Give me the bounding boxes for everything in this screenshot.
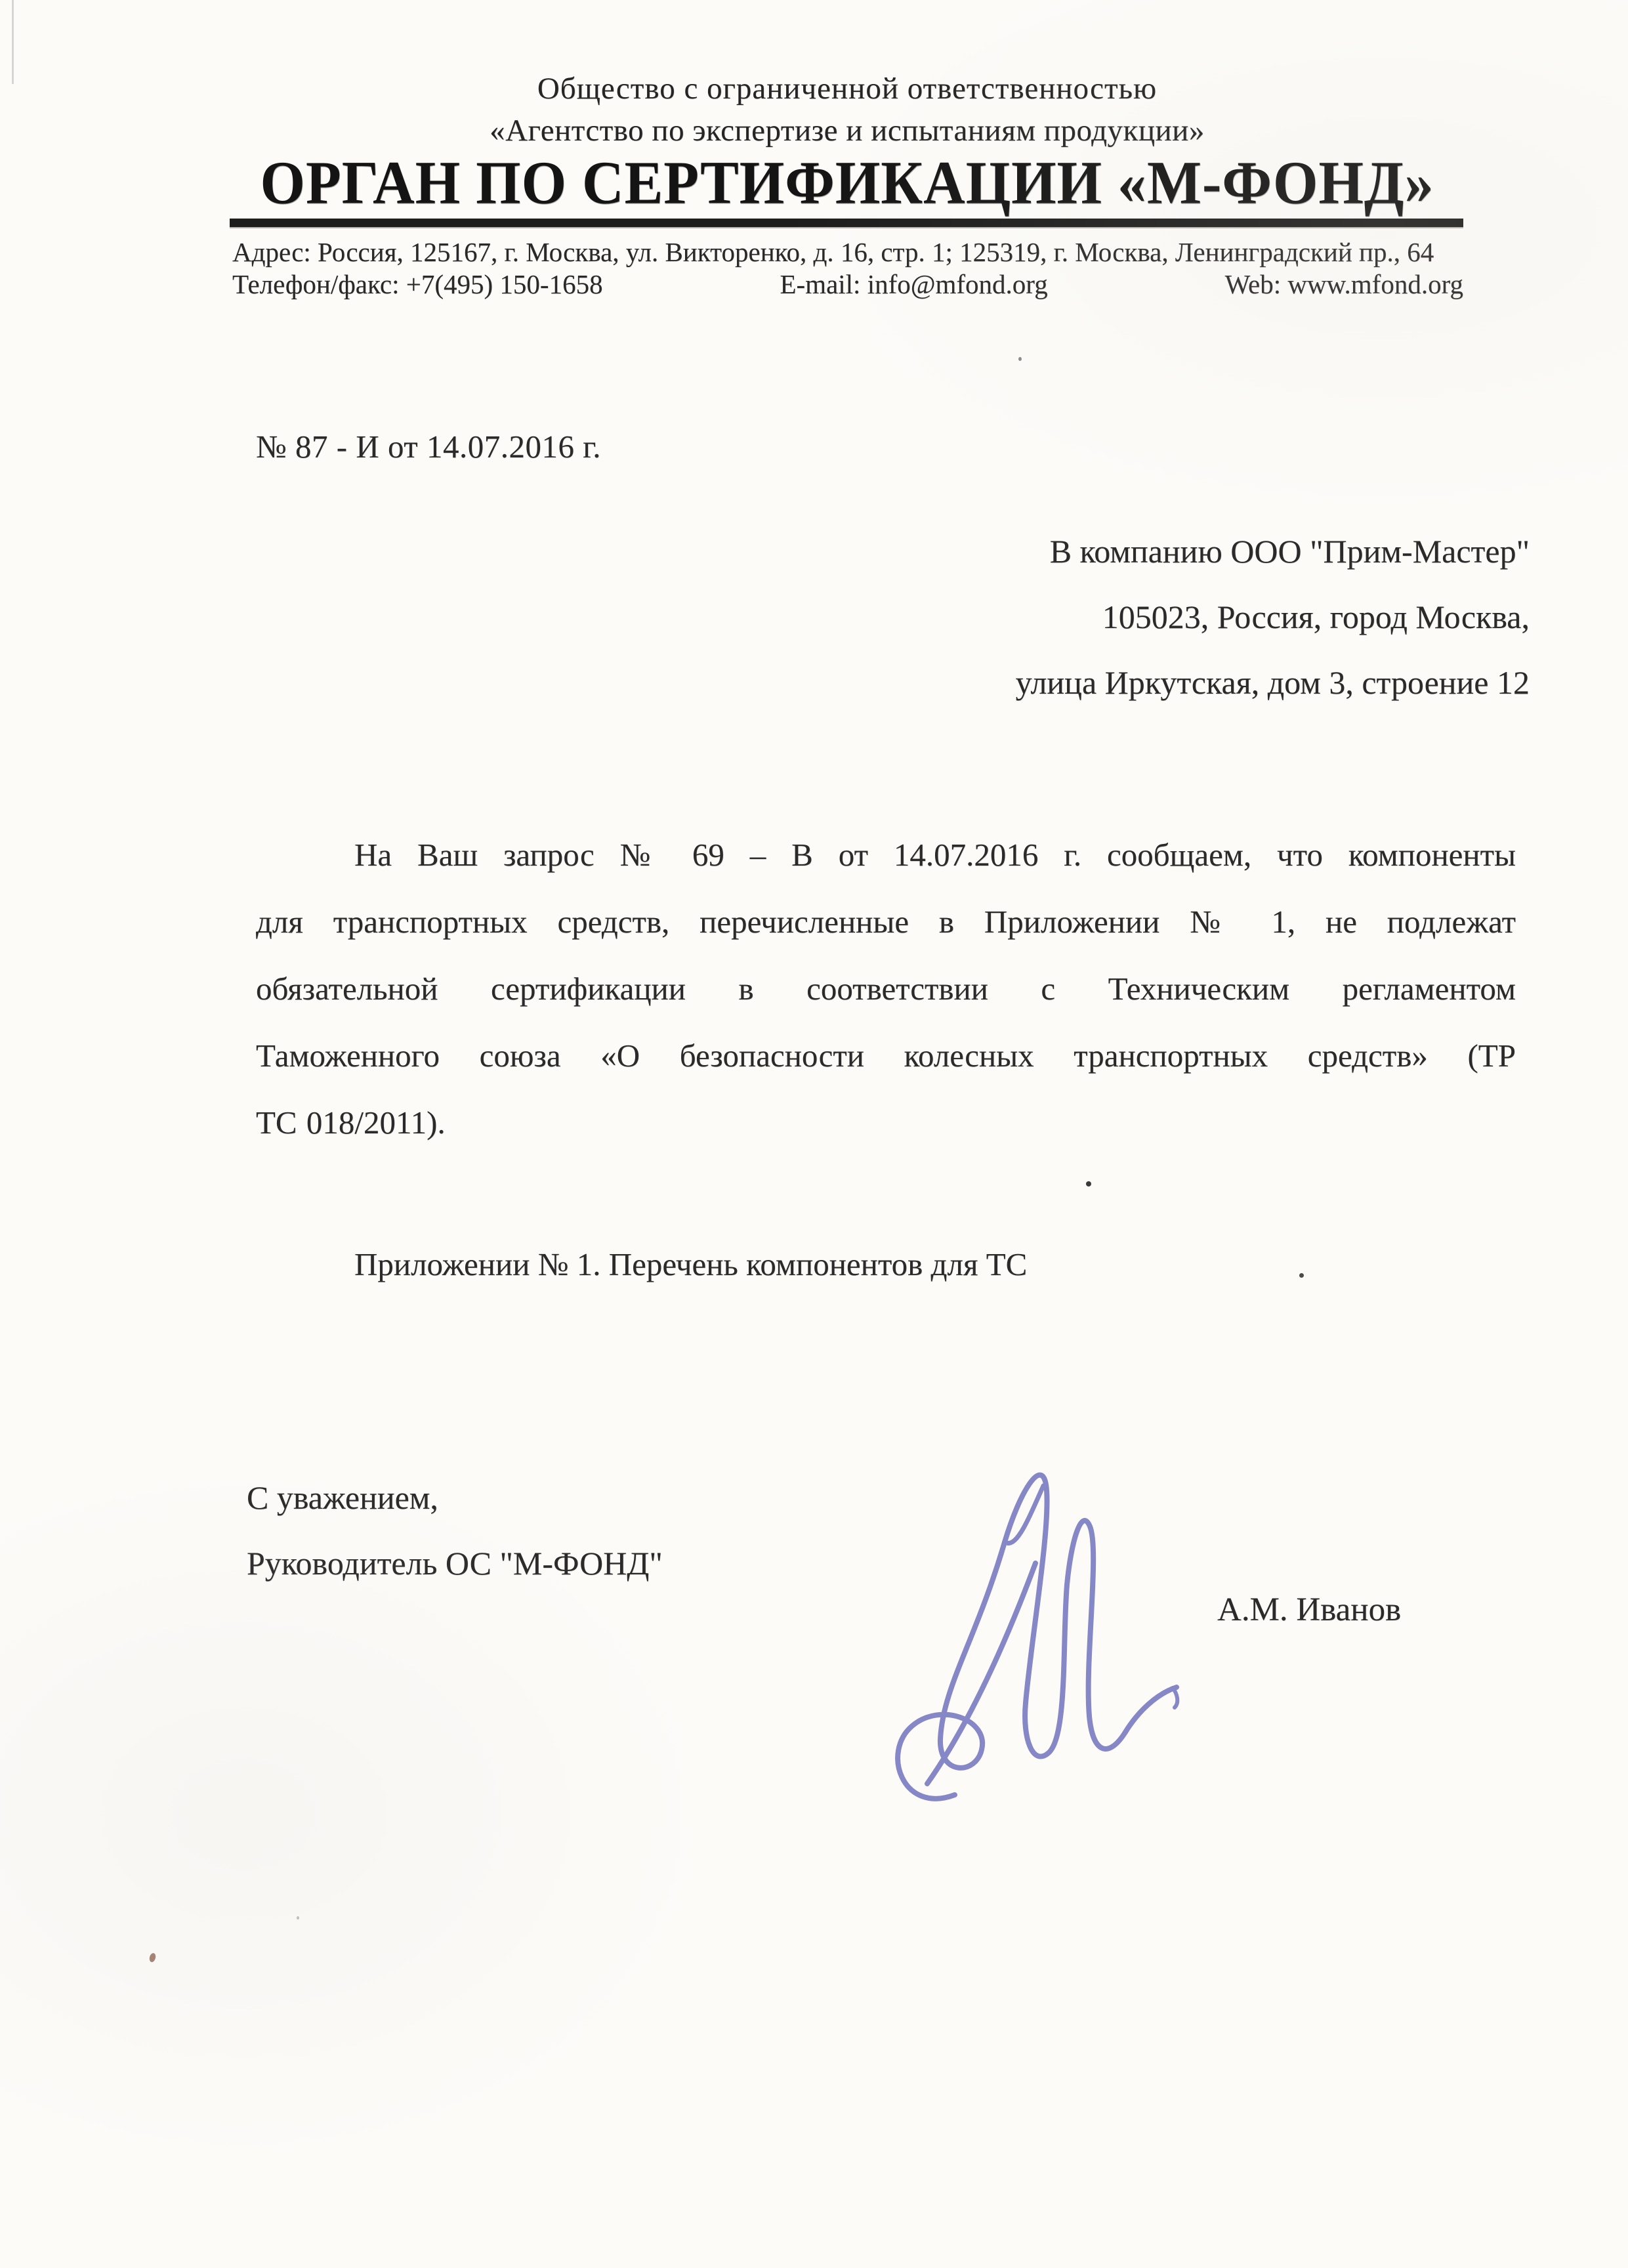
signer-position: Руководитель ОС "М-ФОНД" bbox=[247, 1530, 969, 1596]
org-type-line: Общество с ограниченной ответственностью bbox=[231, 71, 1463, 106]
address-line: Адрес: Россия, 125167, г. Москва, ул. Ви… bbox=[232, 236, 1463, 268]
recipient-line: улица Иркутская, дом 3, строение 12 bbox=[611, 650, 1530, 715]
web-text: Web: www.mfond.org bbox=[1225, 268, 1463, 300]
recipient-line: 105023, Россия, город Москва, bbox=[611, 584, 1530, 650]
email-text: E-mail: info@mfond.org bbox=[780, 268, 1047, 300]
header-rule bbox=[230, 219, 1463, 227]
body-paragraph: На Ваш запрос № 69 – В от 14.07.2016 г. … bbox=[256, 822, 1516, 1156]
body-line: Таможенного союза «О безопасности колесн… bbox=[256, 1022, 1516, 1089]
closing-block: С уважением, Руководитель ОС "М-ФОНД" bbox=[247, 1465, 969, 1596]
phone-text: Телефон/факс: +7(495) 150-1658 bbox=[232, 268, 603, 300]
letter-page: Общество с ограниченной ответственностью… bbox=[0, 0, 1628, 2268]
body-line: для транспортных средств, перечисленные … bbox=[256, 889, 1516, 955]
contact-line: Телефон/факс: +7(495) 150-1658 E-mail: i… bbox=[232, 268, 1463, 300]
recipient-line: В компанию ООО "Прим-Мастер" bbox=[611, 518, 1530, 584]
signer-name: А.М. Иванов bbox=[1217, 1591, 1401, 1629]
scan-speck bbox=[297, 1916, 299, 1920]
signature-ink bbox=[876, 1444, 1191, 1818]
certification-body-title: ОРГАН ПО СЕРТИФИКАЦИИ «М-ФОНД» bbox=[231, 148, 1463, 219]
scan-speck bbox=[1086, 1181, 1091, 1186]
scan-speck bbox=[1299, 1273, 1304, 1278]
body-line: ТС 018/2011). bbox=[256, 1089, 1516, 1156]
attachment-line: Приложении № 1. Перечень компонентов для… bbox=[354, 1246, 1027, 1283]
recipient-block: В компанию ООО "Прим-Мастер" 105023, Рос… bbox=[611, 518, 1530, 715]
org-name-line: «Агентство по экспертизе и испытаниям пр… bbox=[231, 113, 1463, 148]
scan-speck bbox=[148, 1952, 156, 1963]
closing-salutation: С уважением, bbox=[247, 1465, 969, 1530]
body-line: На Ваш запрос № 69 – В от 14.07.2016 г. … bbox=[256, 822, 1516, 889]
scan-speck bbox=[1018, 357, 1022, 361]
body-line: обязательной сертификации в соответствии… bbox=[256, 955, 1516, 1022]
scan-line-artifact bbox=[12, 0, 14, 84]
reference-number: № 87 - И от 14.07.2016 г. bbox=[256, 428, 601, 465]
